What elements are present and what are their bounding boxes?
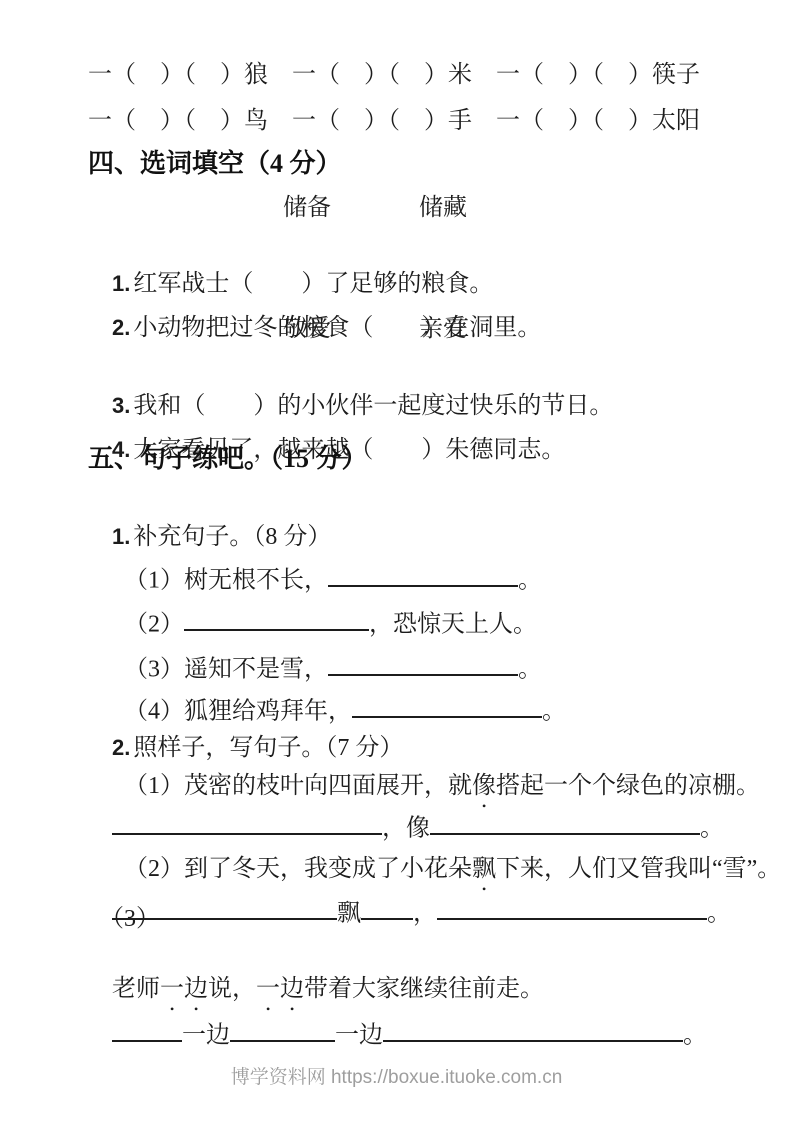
connector-text: 一边 bbox=[182, 1022, 230, 1048]
quantifier-line-2: 一（ ）（ ）鸟 一（ ）（ ）手 一（ ）（ ）太阳 bbox=[88, 104, 700, 138]
item-text: 。 bbox=[542, 698, 566, 724]
word-bank-option: 敬爱 bbox=[283, 312, 331, 346]
footer-watermark: 博学资料网 https://boxue.ituoke.com.cn bbox=[0, 1062, 793, 1089]
answer-blank bbox=[112, 1016, 182, 1042]
section5-heading: 五、句子练吧。（15 分） bbox=[88, 442, 368, 476]
answer-blank bbox=[230, 1016, 335, 1042]
worksheet-page: 一（ ）（ ）狼 一（ ）（ ）米 一（ ）（ ）筷子 一（ ）（ ）鸟 一（ … bbox=[0, 0, 793, 1122]
quantifier-line-1: 一（ ）（ ）狼 一（ ）（ ）米 一（ ）（ ）筷子 bbox=[88, 58, 700, 92]
word-bank-option: 储备 bbox=[283, 191, 331, 225]
answer-blank bbox=[437, 894, 707, 920]
connector-text: ， bbox=[413, 900, 437, 926]
word-bank-1: 储备 储藏 bbox=[283, 191, 467, 225]
word-bank-option: 亲爱 bbox=[419, 312, 467, 346]
answer-blank bbox=[383, 1016, 683, 1042]
period: 。 bbox=[683, 1022, 707, 1048]
s5-q2-item3-label: （3） bbox=[100, 902, 160, 936]
period: 。 bbox=[707, 900, 731, 926]
connector-text: 一边 bbox=[335, 1022, 383, 1048]
section4-heading: 四、选词填空（4 分） bbox=[88, 147, 342, 181]
item-number: 2. bbox=[112, 315, 130, 340]
connector-text: 飘 bbox=[337, 900, 361, 926]
word-bank-2: 敬爱 亲爱 bbox=[283, 312, 467, 346]
answer-blank bbox=[361, 894, 413, 920]
word-bank-option: 储藏 bbox=[419, 191, 467, 225]
